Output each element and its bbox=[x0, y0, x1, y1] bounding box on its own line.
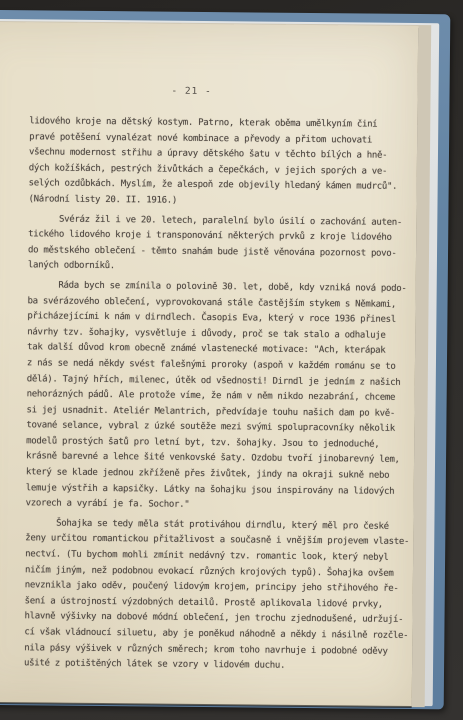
paragraph-4: Šohajka se tedy měla stát protiváhou dir… bbox=[24, 516, 423, 676]
page-body: lidového kroje na dětský kostym. Patrno,… bbox=[24, 114, 427, 680]
paragraph-1: lidového kroje na dětský kostym. Patrno,… bbox=[28, 114, 427, 211]
page-number: - 21 - bbox=[30, 84, 354, 98]
paragraph-2: Svéráz žil i ve 20. letech, paralelní by… bbox=[28, 212, 427, 278]
paragraph-3: Ráda bych se zmínila o polovině 30. let,… bbox=[26, 278, 426, 516]
book: - 21 - lidového kroje na dětský kostym. … bbox=[0, 10, 450, 710]
scanned-page: - 21 - lidového kroje na dětský kostym. … bbox=[0, 22, 418, 706]
